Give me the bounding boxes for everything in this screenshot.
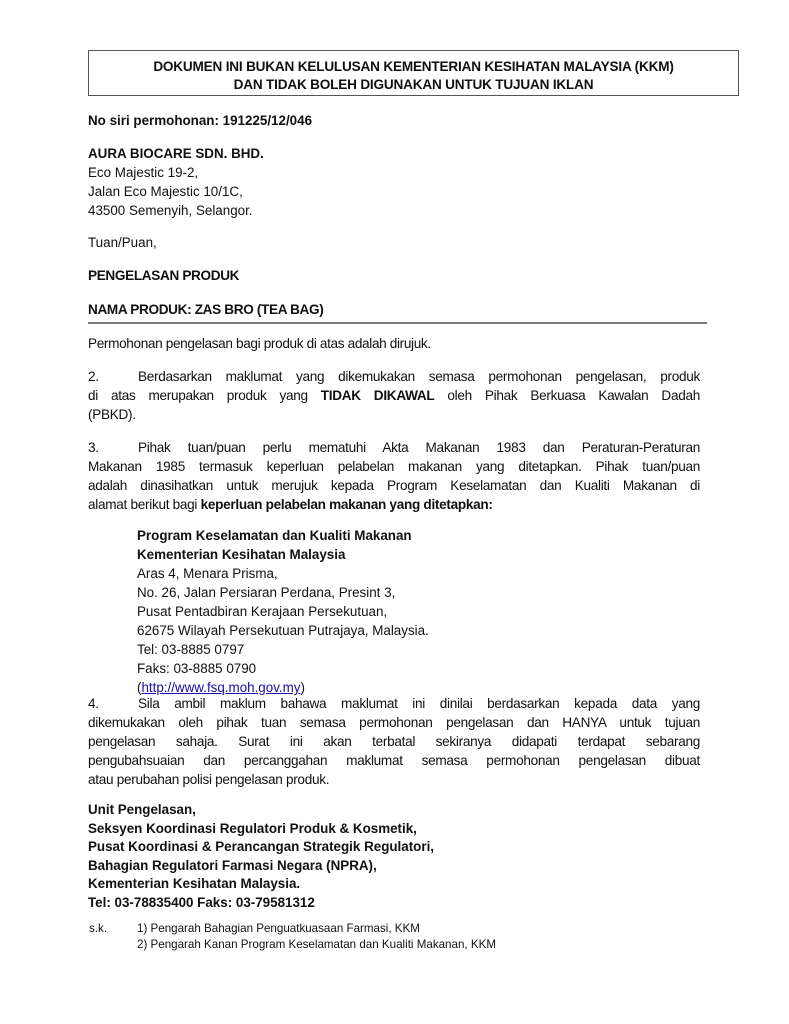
fsq-fax: Faks: 03-8885 0790 [137,659,429,678]
paragraph-text: Pihak tuan/puan perlu mematuhi Akta Maka… [138,440,700,455]
paragraph-text: Makanan 1985 termasuk keperluan pelabela… [88,457,700,476]
signature-line: Seksyen Koordinasi Regulatori Produk & K… [88,820,434,839]
paragraph-text: di atas merupakan produk yang [88,388,321,403]
subject-heading: PENGELASAN PRODUK [88,266,239,285]
recipient-address-line: 43500 Semenyih, Selangor. [88,201,264,220]
cc-label: s.k. [89,921,107,937]
intro-paragraph: Permohonan pengelasan bagi produk di ata… [88,334,431,353]
paragraph-text: atau perubahan polisi pengelasan produk. [88,770,700,789]
labelling-requirement-emphasis: keperluan pelabelan makanan yang ditetap… [201,497,493,512]
fsq-address-line: No. 26, Jalan Persiaran Perdana, Presint… [137,583,429,602]
recipient-company: AURA BIOCARE SDN. BHD. [88,144,264,163]
signature-line: Unit Pengelasan, [88,801,434,820]
fsq-website-link[interactable]: http://www.fsq.moh.gov.my [141,680,300,695]
salutation: Tuan/Puan, [88,233,157,252]
signature-line: Pusat Koordinasi & Perancangan Strategik… [88,838,434,857]
paragraph-2: 2.Berdasarkan maklumat yang dikemukakan … [88,367,700,424]
not-controlled-emphasis: TIDAK DIKAWAL [321,388,435,403]
heading-divider [88,322,707,324]
product-name-heading: NAMA PRODUK: ZAS BRO (TEA BAG) [88,300,323,319]
cc-list: 1) Pengarah Bahagian Penguatkuasaan Farm… [137,921,496,953]
signature-contact: Tel: 03-78835400 Faks: 03-79581312 [88,894,434,913]
paragraph-number: 3. [88,438,138,457]
fsq-address-line: 62675 Wilayah Persekutuan Putrajaya, Mal… [137,621,429,640]
signature-line: Kementerian Kesihatan Malaysia. [88,875,434,894]
fsq-address-line: Aras 4, Menara Prisma, [137,564,429,583]
fsq-ministry-name: Kementerian Kesihatan Malaysia [137,545,429,564]
paragraph-4: 4.Sila ambil maklum bahawa maklumat ini … [88,694,700,789]
paragraph-text: Sila ambil maklum bahawa maklumat ini di… [138,696,700,711]
disclaimer-line-2: DAN TIDAK BOLEH DIGUNAKAN UNTUK TUJUAN I… [89,77,738,92]
paragraph-text: dikemukakan oleh pihak tuan semasa permo… [88,713,700,732]
paragraph-text: adalah dinasihatkan untuk merujuk kepada… [88,476,700,495]
paragraph-3: 3.Pihak tuan/puan perlu mematuhi Akta Ma… [88,438,700,514]
cc-item: 1) Pengarah Bahagian Penguatkuasaan Farm… [137,921,496,937]
paragraph-text: oleh Pihak Berkuasa Kawalan Dadah [434,388,700,403]
paragraph-text: Berdasarkan maklumat yang dikemukakan se… [138,369,700,384]
paren-close: ) [300,680,304,695]
signature-line: Bahagian Regulatori Farmasi Negara (NPRA… [88,857,434,876]
cc-item: 2) Pengarah Kanan Program Keselamatan da… [137,937,496,953]
paragraph-number: 4. [88,694,138,713]
disclaimer-line-1: DOKUMEN INI BUKAN KELULUSAN KEMENTERIAN … [89,59,738,74]
disclaimer-notice-box: DOKUMEN INI BUKAN KELULUSAN KEMENTERIAN … [88,50,739,96]
fsq-program-name: Program Keselamatan dan Kualiti Makanan [137,526,429,545]
recipient-block: AURA BIOCARE SDN. BHD. Eco Majestic 19-2… [88,144,264,220]
fsq-address-line: Pusat Pentadbiran Kerajaan Persekutuan, [137,602,429,621]
recipient-address-line: Eco Majestic 19-2, [88,163,264,182]
fsq-telephone: Tel: 03-8885 0797 [137,640,429,659]
paragraph-text: alamat berikut bagi [88,497,201,512]
signature-block: Unit Pengelasan, Seksyen Koordinasi Regu… [88,801,434,913]
fsq-address-block: Program Keselamatan dan Kualiti Makanan … [137,526,429,697]
paragraph-text: pengubahsuaian dan percanggahan maklumat… [88,751,700,770]
application-reference-number: No siri permohonan: 191225/12/046 [88,111,312,130]
paragraph-text: pengelasan sahaja. Surat ini akan terbat… [88,732,700,751]
recipient-address-line: Jalan Eco Majestic 10/1C, [88,182,264,201]
paragraph-number: 2. [88,367,138,386]
paragraph-text: (PBKD). [88,405,700,424]
